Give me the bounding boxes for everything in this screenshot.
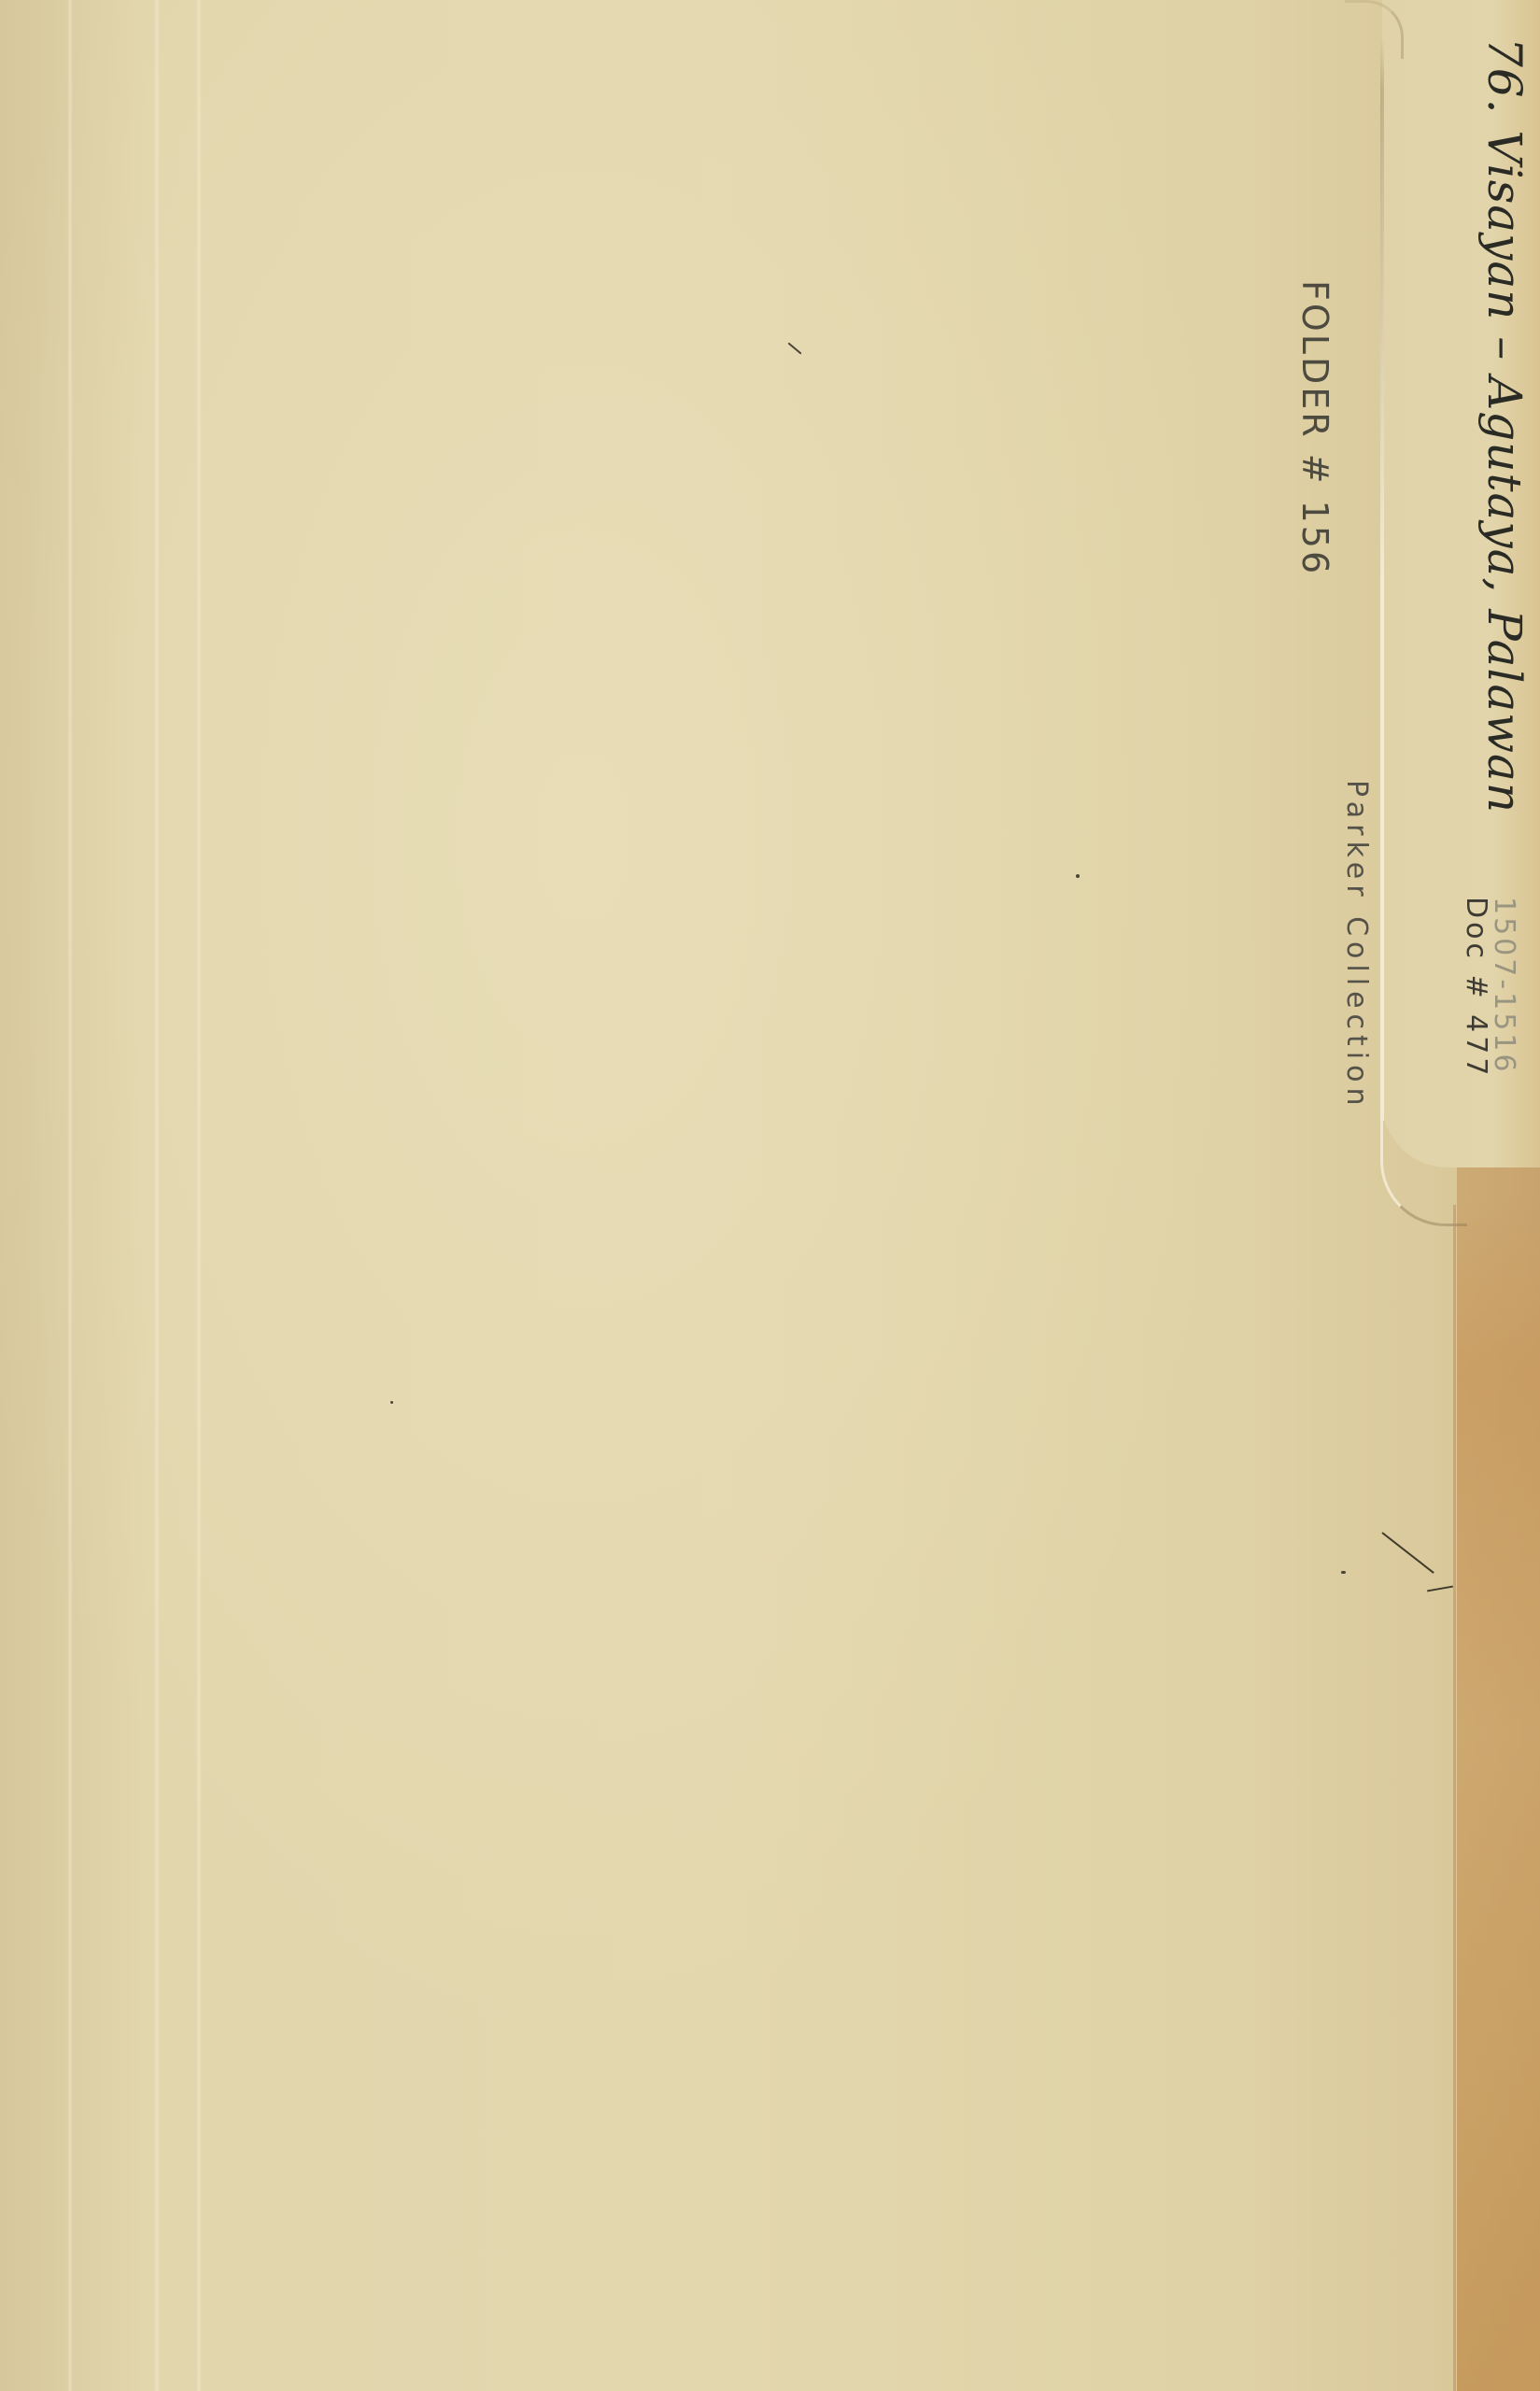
dot-mark [1076,874,1080,878]
folder-number-label: FOLDER # 156 [1294,280,1335,576]
fold-crease [67,0,73,2391]
folder-front-cover [0,0,1457,2391]
tab-label: 76. Visayan – Agutaya, Palawan [1477,37,1532,814]
fold-crease [154,0,160,2391]
edge-stain [1457,1195,1540,2391]
tab-cut-edge [1380,37,1384,1121]
doc-range-label: 1507-1516 [1488,897,1520,1075]
collection-label: Parker Collection [1340,780,1373,1111]
fold-crease [196,0,202,2391]
dot-mark [390,1401,393,1404]
doc-number-label: Doc # 477 [1460,897,1492,1079]
cover-right-edge [1453,1205,1456,2391]
dot-mark [1341,1571,1346,1574]
